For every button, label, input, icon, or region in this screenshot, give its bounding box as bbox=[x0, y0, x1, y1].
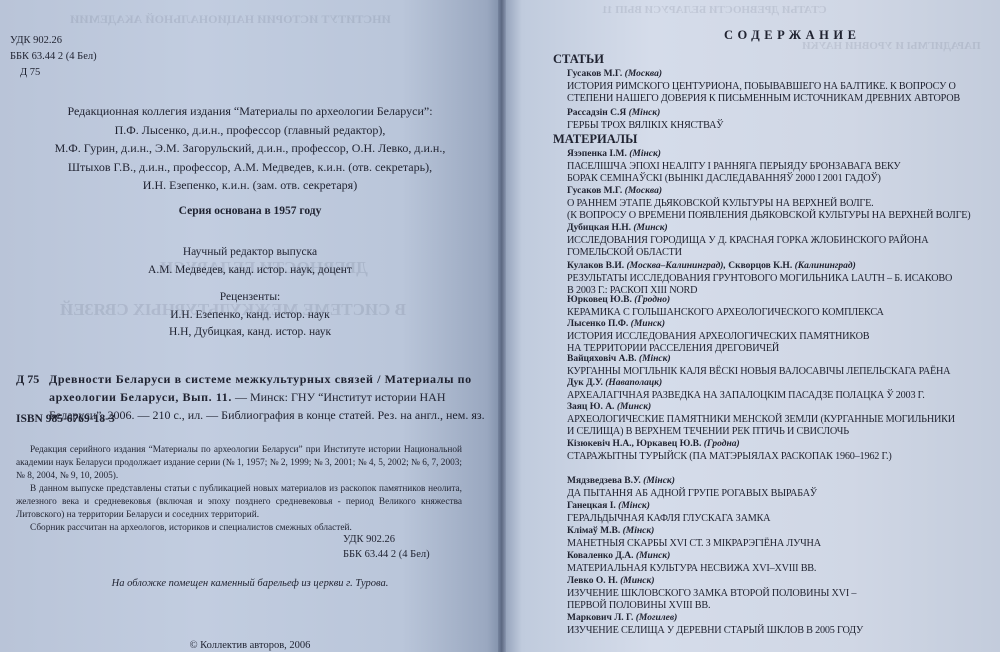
toc-entry[interactable]: Ганецкая І. (Мінск)Геральдычная кафля Гл… bbox=[567, 500, 1000, 525]
toc-entry-title: Паселішча эпохі неаліту і ранняга перыяд… bbox=[567, 161, 1000, 174]
toc-entry-title: (К вопросу о времени появления дьяковско… bbox=[567, 210, 1000, 223]
udk-classification-bottom: УДК 902.26 ББК 63.44 2 (4 Бел) bbox=[343, 532, 430, 562]
toc-section-heading: СТАТЬИ bbox=[553, 52, 604, 67]
show-through-text: ИНСТИТУТ ИСТОРИИ НАЦИОНАЛЬНОЙ АКАДЕМИИ bbox=[70, 12, 391, 27]
toc-entry-title: Гербы трох вялікіх княстваў bbox=[567, 120, 1000, 133]
udk-code: УДК 902.26 bbox=[10, 33, 97, 49]
toc-entry[interactable]: Коваленко Д.А. (Минск)Материальная культ… bbox=[567, 550, 1000, 575]
toc-entry-author: Кулаков В.И. (Москва–Калининград), Сквор… bbox=[567, 260, 1000, 273]
series-founded: Серия основана в 1957 году bbox=[0, 205, 500, 217]
toc-entry-title: Манетныя скарбы XVI ст. з мікрарэгіёна Л… bbox=[567, 538, 1000, 551]
editorial-board-line: П.Ф. Лысенко, д.и.н., профессор (главный… bbox=[0, 121, 500, 140]
bbk-code: ББК 63.44 2 (4 Бел) bbox=[343, 547, 430, 562]
toc-entry-city: (Мінск) bbox=[639, 354, 671, 364]
toc-entry-title: Да пытання аб адной групе рогавых выраба… bbox=[567, 488, 1000, 501]
toc-entry-author: Вайцяховіч А.В. (Мінск) bbox=[567, 353, 1000, 366]
toc-entry-title: Борак Семінаўскі (вынікі даследаванняў 2… bbox=[567, 173, 1000, 186]
toc-entry-author: Гусаков М.Г. (Москва) bbox=[567, 185, 1000, 198]
toc-entry[interactable]: Дук Д.У. (Наваполацк)Археалагічная разве… bbox=[567, 377, 1000, 402]
toc-entry[interactable]: Маркович Л. Г. (Могилев)Изучение селища … bbox=[567, 612, 1000, 637]
toc-entry-city: (Минск) bbox=[620, 576, 654, 586]
toc-entry[interactable]: Кізюкевіч Н.А., Юркавец Ю.В. (Гродна)Ста… bbox=[567, 438, 1000, 463]
reviewer-name: И.Н. Езепенко, канд. истор. наук bbox=[0, 307, 500, 325]
isbn: ISBN 985-6769-18-3 bbox=[16, 413, 115, 425]
toc-entry-title: О раннем этапе дьяковской культуры на Ве… bbox=[567, 198, 1000, 211]
edition-notes: Редакция серийного издания “Материалы по… bbox=[16, 444, 462, 535]
toc-entry[interactable]: Клімаў М.В. (Мінск)Манетныя скарбы XVI с… bbox=[567, 525, 1000, 550]
toc-entry-title: степени нашего доверия к письменным исто… bbox=[567, 93, 1000, 106]
toc-entry-title: Исследования городища у д. Красная Горка… bbox=[567, 235, 1000, 248]
toc-entry-city: (Минск) bbox=[636, 551, 670, 561]
toc-entry-author: Клімаў М.В. (Мінск) bbox=[567, 525, 1000, 538]
toc-entry[interactable]: Вайцяховіч А.В. (Мінск)Курганны могільні… bbox=[567, 353, 1000, 378]
toc-entry-author: Заяц Ю. А. (Минск) bbox=[567, 401, 1000, 414]
scientific-editor: Научный редактор выпуска А.М. Медведев, … bbox=[0, 244, 500, 279]
toc-entry-title: Изучение селища у деревни Старый Шклов в… bbox=[567, 625, 1000, 638]
toc-entry-title: и селища) в верхнем течении рек Птичь и … bbox=[567, 426, 1000, 439]
scientific-editor-label: Научный редактор выпуска bbox=[0, 244, 500, 262]
toc-entry-author: Кізюкевіч Н.А., Юркавец Ю.В. (Гродна) bbox=[567, 438, 1000, 451]
scientific-editor-name: А.М. Медведев, канд. истор. наук, доцент bbox=[0, 262, 500, 280]
toc-title: СОДЕРЖАНИЕ bbox=[724, 28, 860, 43]
toc-entry-title: Результаты исследования грунтового могил… bbox=[567, 273, 1000, 286]
toc-entry-city: (Москва–Калининград), bbox=[626, 261, 725, 271]
editorial-board-line: М.Ф. Гурин, д.и.н., Э.М. Загорульский, д… bbox=[0, 139, 500, 158]
toc-entry-title: Изучение Шкловского замка второй половин… bbox=[567, 588, 1000, 601]
toc-entry-city: (Мінск) bbox=[618, 501, 650, 511]
toc-entry[interactable]: Гусаков М.Г. (Москва)История римского це… bbox=[567, 68, 1000, 106]
toc-entry[interactable]: Лысенко П.Ф. (Минск)История исследования… bbox=[567, 318, 1000, 356]
toc-entry-title: Гомельской области bbox=[567, 247, 1000, 260]
toc-entry[interactable]: Кулаков В.И. (Москва–Калининград), Сквор… bbox=[567, 260, 1000, 298]
toc-entry-title: Материальная культура Несвижа XVI–XVIII … bbox=[567, 563, 1000, 576]
toc-entry-author: Лысенко П.Ф. (Минск) bbox=[567, 318, 1000, 331]
toc-entry[interactable]: Заяц Ю. А. (Минск)Археологические памятн… bbox=[567, 401, 1000, 439]
toc-entry-city: (Мінск) bbox=[629, 149, 661, 159]
toc-entry[interactable]: Юрковец Ю.В. (Гродно)Керамика с Гольшанс… bbox=[567, 294, 1000, 319]
author-mark: Д 75 bbox=[10, 65, 97, 81]
toc-entry-city: (Гродна) bbox=[704, 439, 740, 449]
toc-entry[interactable]: Гусаков М.Г. (Москва)О раннем этапе дьяк… bbox=[567, 185, 1000, 223]
toc-entry-city: (Москва) bbox=[625, 186, 662, 196]
toc-entry-author: Язэпенка І.М. (Мінск) bbox=[567, 148, 1000, 161]
toc-entry-city: (Калининград) bbox=[795, 261, 856, 271]
reviewers-label: Рецензенты: bbox=[0, 289, 500, 307]
toc-entry-city: (Мінск) bbox=[629, 108, 661, 118]
cover-note: На обложке помещен каменный барельеф из … bbox=[0, 578, 500, 589]
toc-entry-city: (Москва) bbox=[625, 69, 662, 79]
reviewer-name: Н.Н, Дубицкая, канд. истор. наук bbox=[0, 324, 500, 342]
toc-entry-title: История исследования археологических пам… bbox=[567, 331, 1000, 344]
toc-entry[interactable]: Мядзведзева В.У. (Мінск)Да пытання аб ад… bbox=[567, 475, 1000, 500]
show-through-text: СТАТЬИ ДРЕВНОСТИ БЕЛАРУСИ ВЫП 11 bbox=[602, 4, 827, 16]
toc-entry-author: Ганецкая І. (Мінск) bbox=[567, 500, 1000, 513]
toc-entry-author: Левко О. Н. (Минск) bbox=[567, 575, 1000, 588]
toc-entry-title: Археологические памятники Менской земли … bbox=[567, 414, 1000, 427]
toc-entry-author: Маркович Л. Г. (Могилев) bbox=[567, 612, 1000, 625]
toc-entry-author: Рассадзін С.Я (Мінск) bbox=[567, 107, 1000, 120]
editorial-board-line: И.Н. Езепенко, к.и.н. (зам. отв. секрета… bbox=[0, 176, 500, 195]
toc-entry-author: Юрковец Ю.В. (Гродно) bbox=[567, 294, 1000, 307]
toc-section-heading: МАТЕРИАЛЫ bbox=[553, 132, 637, 147]
toc-entry-title: Геральдычная кафля Глускага замка bbox=[567, 513, 1000, 526]
editorial-board: Редакционная коллегия издания “Материалы… bbox=[0, 102, 500, 195]
toc-entry-city: (Мінск) bbox=[643, 476, 675, 486]
bbk-code: ББК 63.44 2 (4 Бел) bbox=[10, 49, 97, 65]
toc-entry-author: Дубицкая Н.Н. (Минск) bbox=[567, 222, 1000, 235]
right-page-contents: СТАТЬИ ДРЕВНОСТИ БЕЛАРУСИ ВЫП 11 ПАРАДИГ… bbox=[502, 0, 1000, 652]
left-page-imprint: ИНСТИТУТ ИСТОРИИ НАЦИОНАЛЬНОЙ АКАДЕМИИ Д… bbox=[0, 0, 502, 652]
book-spine bbox=[498, 0, 506, 652]
edition-note: Редакция серийного издания “Материалы по… bbox=[16, 444, 462, 483]
toc-entry-city: (Наваполацк) bbox=[605, 378, 662, 388]
reviewers: Рецензенты: И.Н. Езепенко, канд. истор. … bbox=[0, 289, 500, 342]
toc-entry-title: первой половины XVIII вв. bbox=[567, 600, 1000, 613]
editorial-board-heading: Редакционная коллегия издания “Материалы… bbox=[0, 102, 500, 121]
biblio-code: Д 75 bbox=[16, 370, 39, 388]
toc-entry-author: Коваленко Д.А. (Минск) bbox=[567, 550, 1000, 563]
udk-code: УДК 902.26 bbox=[343, 532, 430, 547]
toc-entry-city: (Минск) bbox=[631, 319, 665, 329]
editorial-board-line: Штыхов Г.В., д.и.н., профессор, А.М. Мед… bbox=[0, 158, 500, 177]
toc-entry-city: (Могилев) bbox=[636, 613, 678, 623]
toc-entry-author: Гусаков М.Г. (Москва) bbox=[567, 68, 1000, 81]
edition-note: В данном выпуске представлены статьи с п… bbox=[16, 483, 462, 522]
toc-entry[interactable]: Язэпенка І.М. (Мінск)Паселішча эпохі неа… bbox=[567, 148, 1000, 186]
udk-classification-top: УДК 902.26 ББК 63.44 2 (4 Бел) Д 75 bbox=[10, 33, 97, 81]
toc-entry-author: Мядзведзева В.У. (Мінск) bbox=[567, 475, 1000, 488]
toc-entry-city: (Минск) bbox=[617, 402, 651, 412]
toc-entry-title: История римского центуриона, побывавшего… bbox=[567, 81, 1000, 94]
toc-entry-city: (Гродно) bbox=[634, 295, 670, 305]
toc-entry-title: Старажытны Турыйск (па матэрыялах раскоп… bbox=[567, 451, 1000, 464]
toc-entry[interactable]: Дубицкая Н.Н. (Минск)Исследования городи… bbox=[567, 222, 1000, 260]
copyright: © Коллектив авторов, 2006 bbox=[0, 640, 500, 651]
toc-entry[interactable]: Левко О. Н. (Минск)Изучение Шкловского з… bbox=[567, 575, 1000, 613]
toc-entry-city: (Минск) bbox=[633, 223, 667, 233]
toc-entry[interactable]: Рассадзін С.Я (Мінск)Гербы трох вялікіх … bbox=[567, 107, 1000, 132]
toc-entry-city: (Мінск) bbox=[623, 526, 655, 536]
toc-entry-author: Дук Д.У. (Наваполацк) bbox=[567, 377, 1000, 390]
